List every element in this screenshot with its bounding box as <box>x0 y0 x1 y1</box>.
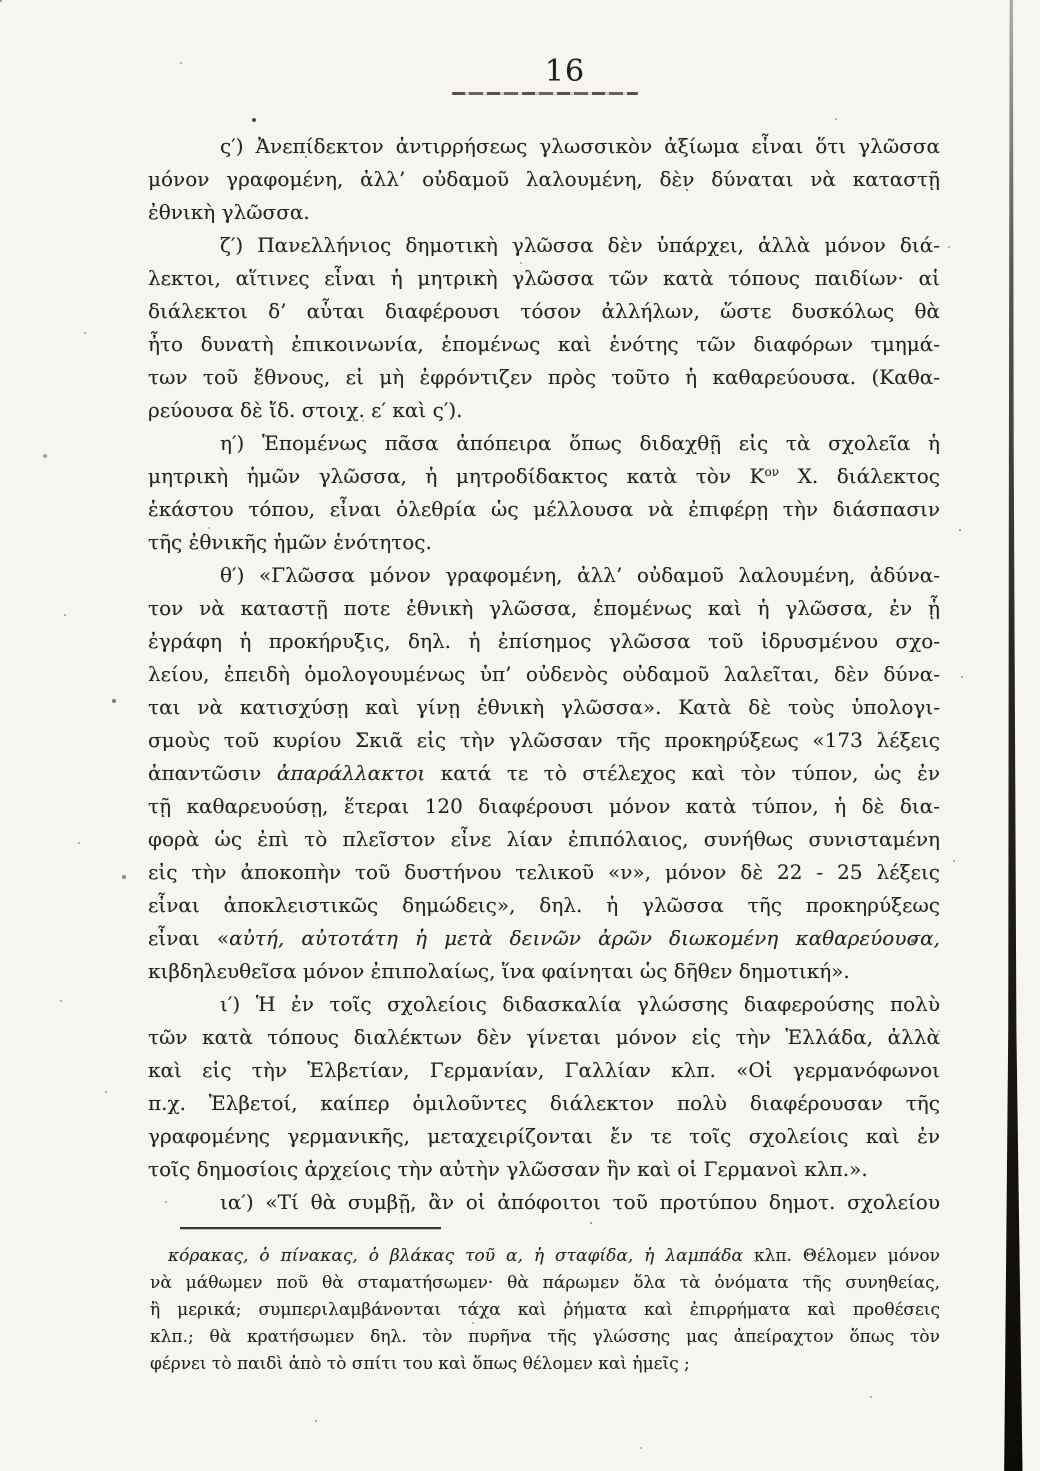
footnote-line: ἢ μερικά; συμπεριλαμβάνονται τάχα καὶ ῥή… <box>150 1297 940 1324</box>
text-segment: διάλεκτοι δ’ αὗται διαφέρουσι τόσον ἀλλή… <box>148 299 940 323</box>
text-line: σμοὺς τοῦ κυρίου Σκιᾶ εἰς τὴν γλῶσσαν τῆ… <box>148 724 940 757</box>
text-segment: μητρικὴ ἡμῶν γλῶσσα, ἡ μητροδίδακτος κατ… <box>148 464 765 488</box>
text-line: ρεύουσα δὲ ἴδ. στοιχ. ε′ καὶ ς′). <box>148 394 940 427</box>
main-text: ς′) Ἀνεπίδεκτον ἀντιρρήσεως γλωσσικὸν ἀξ… <box>148 130 940 1219</box>
italic-segment: αὐτή, αὐτοτάτη ἡ μετὰ δεινῶν ἀρῶν διωκομ… <box>229 926 940 950</box>
text-segment: π.χ. Ἑλβετοί, καίπερ ὁμιλοῦντες διάλεκτο… <box>148 1091 940 1115</box>
page-number-rule <box>452 92 638 95</box>
footnote-line: κόρακας, ὁ πίνακας, ὁ βλάκας τοῦ α, ἡ στ… <box>150 1243 940 1270</box>
text-line: τον νὰ καταστῇ ποτε ἐθνικὴ γλῶσσα, ἑπομέ… <box>148 592 940 625</box>
text-line: μητρικὴ ἡμῶν γλῶσσα, ἡ μητροδίδακτος κατ… <box>148 460 940 493</box>
text-line: εἶναι «αὐτή, αὐτοτάτη ἡ μετὰ δεινῶν ἀρῶν… <box>148 922 940 955</box>
text-line: ἦτο δυνατὴ ἐπικοινωνία, ἑπομένως καὶ ἑνό… <box>148 328 940 361</box>
text-line: η′) Ἑπομένως πᾶσα ἀπόπειρα ὅπως διδαχθῇ … <box>148 427 940 460</box>
text-segment: κιβδηλευθεῖσα μόνον ἐπιπολαίως, ἵνα φαίν… <box>148 959 850 983</box>
text-segment: ἦτο δυνατὴ ἐπικοινωνία, ἑπομένως καὶ ἑνό… <box>148 332 940 356</box>
text-line: ι′) Ἡ ἐν τοῖς σχολείοις διδασκαλία γλώσσ… <box>148 988 940 1021</box>
text-segment: φορὰ ὡς ἐπὶ τὸ πλεῖστον εἶνε λίαν ἐπιπόλ… <box>148 827 940 851</box>
text-line: των τοῦ ἔθνους, εἰ μὴ ἐφρόντιζεν πρὸς το… <box>148 361 940 394</box>
text-segment: λεκτοι, αἵτινες εἶναι ἡ μητρικὴ γλῶσσα τ… <box>148 266 940 290</box>
text-segment: κλπ. Θέλομεν μόνον <box>743 1246 940 1266</box>
text-segment: Χ. διάλεκτος <box>779 464 940 488</box>
text-segment: καὶ εἰς τὴν Ἑλβετίαν, Γερμανίαν, Γαλλίαν… <box>148 1058 940 1082</box>
footnote-line: φέρνει τὸ παιδὶ ἀπὸ τὸ σπίτι του καὶ ὅπω… <box>150 1351 940 1378</box>
text-segment: κλπ.; θὰ κρατήσωμεν δηλ. τὸν πυρῆνα τῆς … <box>150 1327 940 1347</box>
text-segment: μόνον γραφομένη, ἀλλ’ οὐδαμοῦ λαλουμένη,… <box>148 167 940 191</box>
text-line: τῇ καθαρευούσῃ, ἕτεραι 120 διαφέρουσι μό… <box>148 790 940 823</box>
text-line: κιβδηλευθεῖσα μόνον ἐπιπολαίως, ἵνα φαίν… <box>148 955 940 988</box>
text-segment: νὰ μάθωμεν ποῦ θὰ σταματήσωμεν· θὰ πάρωμ… <box>150 1273 940 1293</box>
italic-segment: κόρακας, ὁ πίνακας, ὁ βλάκας τοῦ α, ἡ στ… <box>168 1246 743 1266</box>
text-line: ζ′) Πανελλήνιος δημοτικὴ γλῶσσα δὲν ὑπάρ… <box>148 229 940 262</box>
text-segment: σμοὺς τοῦ κυρίου Σκιᾶ εἰς τὴν γλῶσσαν τῆ… <box>148 728 940 752</box>
text-line: καὶ εἰς τὴν Ἑλβετίαν, Γερμανίαν, Γαλλίαν… <box>148 1054 940 1087</box>
text-line: λεκτοι, αἵτινες εἶναι ἡ μητρικὴ γλῶσσα τ… <box>148 262 940 295</box>
text-segment: ἐθνικὴ γλῶσσα. <box>148 200 310 224</box>
text-segment: θ′) «Γλῶσσα μόνον γραφομένη, ἀλλ’ οὐδαμο… <box>220 563 940 587</box>
text-segment: τον νὰ καταστῇ ποτε ἐθνικὴ γλῶσσα, ἑπομέ… <box>148 596 940 620</box>
text-line: ς′) Ἀνεπίδεκτον ἀντιρρήσεως γλωσσικὸν ἀξ… <box>148 130 940 163</box>
scanned-page: 16 ς′) Ἀνεπίδεκτον ἀντιρρήσεως γλωσσικὸν… <box>0 0 1040 1471</box>
text-line: εἶναι ἀποκλειστικῶς δημώδεις», δηλ. ἡ γλ… <box>148 889 940 922</box>
text-line: τοῖς δημοσίοις ἀρχείοις τὴν αὐτὴν γλῶσσα… <box>148 1153 940 1186</box>
text-segment: κατά τε τὸ στέλεχος καὶ τὸν τύπον, ὡς ἐν <box>425 761 940 785</box>
text-line: ται νὰ κατισχύσῃ καὶ γίνῃ ἐθνικὴ γλῶσσα»… <box>148 691 940 724</box>
text-line: τῶν κατὰ τόπους διαλέκτων δὲν γίνεται μό… <box>148 1021 940 1054</box>
text-segment: η′) Ἑπομένως πᾶσα ἀπόπειρα ὅπως διδαχθῇ … <box>220 431 940 455</box>
text-line: μόνον γραφομένη, ἀλλ’ οὐδαμοῦ λαλουμένη,… <box>148 163 940 196</box>
text-line: π.χ. Ἑλβετοί, καίπερ ὁμιλοῦντες διάλεκτο… <box>148 1087 940 1120</box>
footnote-separator <box>180 1227 441 1229</box>
text-line: θ′) «Γλῶσσα μόνον γραφομένη, ἀλλ’ οὐδαμο… <box>148 559 940 592</box>
text-line: διάλεκτοι δ’ αὗται διαφέρουσι τόσον ἀλλή… <box>148 295 940 328</box>
text-segment: λείου, ἐπειδὴ ὁμολογουμένως ὑπ’ οὐδενὸς … <box>148 662 940 686</box>
footnote-line: νὰ μάθωμεν ποῦ θὰ σταματήσωμεν· θὰ πάρωμ… <box>150 1270 940 1297</box>
superscript-segment: ον <box>765 465 780 479</box>
page-number: 16 <box>480 54 650 89</box>
text-line: τῆς ἐθνικῆς ἡμῶν ἑνότητος. <box>148 526 940 559</box>
text-segment: ἑκάστου τόπου, εἶναι ὀλεθρία ὡς μέλλουσα… <box>148 497 940 521</box>
text-line: ἀπαντῶσιν ἀπαράλλακτοι κατά τε τὸ στέλεχ… <box>148 757 940 790</box>
text-segment: τῶν κατὰ τόπους διαλέκτων δὲν γίνεται μό… <box>148 1025 940 1049</box>
text-segment: εἶναι ἀποκλειστικῶς δημώδεις», δηλ. ἡ γλ… <box>148 893 940 917</box>
text-line: φορὰ ὡς ἐπὶ τὸ πλεῖστον εἶνε λίαν ἐπιπόλ… <box>148 823 940 856</box>
text-segment: γραφομένης γερμανικῆς, μεταχειρίζονται ἔ… <box>148 1124 940 1148</box>
text-segment: ἢ μερικά; συμπεριλαμβάνονται τάχα καὶ ῥή… <box>150 1300 940 1320</box>
text-segment: ται νὰ κατισχύσῃ καὶ γίνῃ ἐθνικὴ γλῶσσα»… <box>148 695 940 719</box>
text-segment: ζ′) Πανελλήνιος δημοτικὴ γλῶσσα δὲν ὑπάρ… <box>220 233 940 257</box>
scan-edge-artifact <box>996 0 1030 1471</box>
text-segment: ι′) Ἡ ἐν τοῖς σχολείοις διδασκαλία γλώσσ… <box>220 992 940 1016</box>
text-segment: ἐγράφη ἡ προκήρυξις, δηλ. ἡ ἐπίσημος γλῶ… <box>148 629 940 653</box>
text-line: ἑκάστου τόπου, εἶναι ὀλεθρία ὡς μέλλουσα… <box>148 493 940 526</box>
text-segment: τοῖς δημοσίοις ἀρχείοις τὴν αὐτὴν γλῶσσα… <box>148 1157 868 1181</box>
text-segment: τῆς ἐθνικῆς ἡμῶν ἑνότητος. <box>148 530 432 554</box>
footnote-line: κλπ.; θὰ κρατήσωμεν δηλ. τὸν πυρῆνα τῆς … <box>150 1324 940 1351</box>
footnote: κόρακας, ὁ πίνακας, ὁ βλάκας τοῦ α, ἡ στ… <box>150 1243 940 1378</box>
text-segment: ρεύουσα δὲ ἴδ. στοιχ. ε′ καὶ ς′). <box>148 398 463 422</box>
text-line: εἰς τὴν ἀποκοπὴν τοῦ δυστήνου τελικοῦ «ν… <box>148 856 940 889</box>
text-line: ἐθνικὴ γλῶσσα. <box>148 196 940 229</box>
text-line: ἐγράφη ἡ προκήρυξις, δηλ. ἡ ἐπίσημος γλῶ… <box>148 625 940 658</box>
text-line: ια′) «Τί θὰ συμβῇ, ἂν οἱ ἀπόφοιτοι τοῦ π… <box>148 1186 940 1219</box>
text-segment: των τοῦ ἔθνους, εἰ μὴ ἐφρόντιζεν πρὸς το… <box>148 365 940 389</box>
text-segment: τῇ καθαρευούσῃ, ἕτεραι 120 διαφέρουσι μό… <box>148 794 940 818</box>
text-segment: εἶναι « <box>148 926 229 950</box>
text-segment: φέρνει τὸ παιδὶ ἀπὸ τὸ σπίτι του καὶ ὅπω… <box>150 1354 690 1374</box>
text-segment: ἀπαντῶσιν <box>148 761 277 785</box>
text-line: λείου, ἐπειδὴ ὁμολογουμένως ὑπ’ οὐδενὸς … <box>148 658 940 691</box>
text-line: γραφομένης γερμανικῆς, μεταχειρίζονται ἔ… <box>148 1120 940 1153</box>
text-segment: ια′) «Τί θὰ συμβῇ, ἂν οἱ ἀπόφοιτοι τοῦ π… <box>220 1190 940 1214</box>
text-segment: εἰς τὴν ἀποκοπὴν τοῦ δυστήνου τελικοῦ «ν… <box>148 860 940 884</box>
italic-segment: ἀπαράλλακτοι <box>277 761 425 785</box>
scan-noise <box>0 0 2 2</box>
text-segment: ς′) Ἀνεπίδεκτον ἀντιρρήσεως γλωσσικὸν ἀξ… <box>220 134 940 158</box>
